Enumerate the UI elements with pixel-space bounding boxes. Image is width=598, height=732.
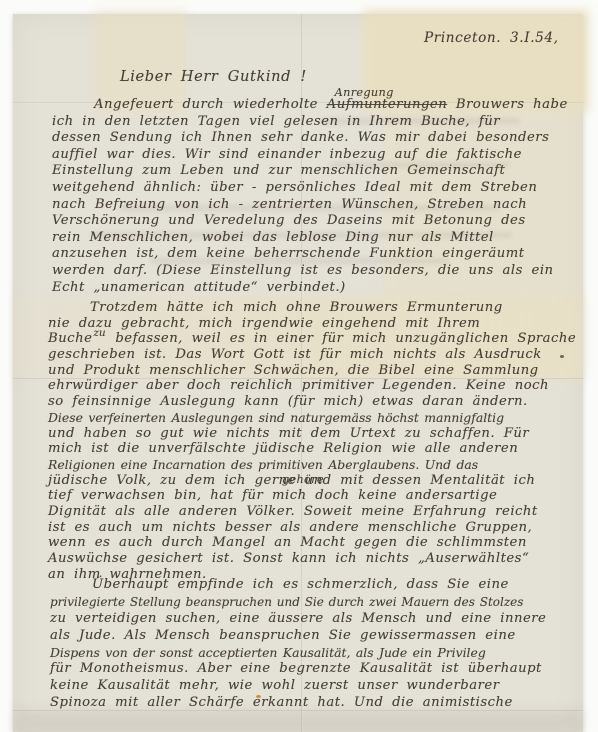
inserted-word: gehöre [282, 472, 324, 488]
date-line: Princeton. 3.I.54, [424, 30, 559, 46]
inserted-word: zu [93, 327, 105, 339]
letter-line: privilegierte Stellung beanspruchen und … [50, 594, 546, 611]
correction: AnregungAufmunterungen [327, 97, 448, 114]
letter-line: Trotzdem hätte ich mich ohne Brouwers Er… [48, 300, 576, 316]
letter-line: nie dazu gebracht, mich irgendwie eingeh… [48, 316, 576, 332]
paragraph: Trotzdem hätte ich mich ohne Brouwers Er… [48, 300, 576, 582]
letter-line: Verschönerung und Veredelung des Daseins… [52, 213, 568, 230]
photo-of-letter: { "colors": { "background": "#fbfbf9", "… [0, 0, 598, 732]
letter-line: anzusehen ist, dem keine beherrschende F… [52, 246, 568, 263]
letter-line: Dignität als alle anderen Völker. Soweit… [48, 504, 576, 520]
paragraph: Überhaupt empfinde ich es schmerzlich, d… [50, 577, 546, 712]
letter-line: wenn es auch durch Mangel an Macht gegen… [48, 535, 576, 551]
aged-patch [13, 710, 583, 732]
letter-line: jüdische Volk, zu dem ich gernegehöre un… [48, 473, 576, 489]
letter-line: Dispens von der sonst acceptierten Kausa… [50, 645, 546, 662]
letter-line: nach Befreiung von ich - zentrierten Wün… [52, 197, 568, 214]
letter-line: zu verteidigen suchen, eine äussere als … [50, 611, 546, 628]
letter-line: Auswüchse gesichert ist. Sonst kann ich … [48, 551, 576, 567]
letter-line: Religionen eine Incarnation des primitiv… [48, 457, 576, 473]
salutation: Lieber Herr Gutkind ! [120, 68, 307, 85]
letter-line: mich ist die unverfälschte jüdische Reli… [48, 441, 576, 457]
letter-line: Angefeuert durch wiederholte AnregungAuf… [52, 97, 568, 114]
letter-line: Echt „unamerican attitude“ verbindet.) [52, 280, 568, 297]
letter-line: Spinoza mit aller Schärfe erkannt hat. U… [50, 695, 546, 712]
letter-line: dessen Sendung ich Ihnen sehr danke. Was… [52, 130, 568, 147]
line-text: befassen, weil es in einer für mich unzu… [107, 331, 577, 346]
letter-line: und Produkt menschlicher Schwächen, die … [48, 363, 576, 379]
letter-line: geschrieben ist. Das Wort Gott ist für m… [48, 347, 576, 363]
letter-line: Überhaupt empfinde ich es schmerzlich, d… [50, 577, 546, 594]
letter-line: und haben so gut wie nichts mit dem Urte… [48, 426, 576, 442]
letter-line: so feinsinnige Auslegung kann (für mich)… [48, 394, 576, 410]
letter-line: ehrwürdiger aber doch reichlich primitiv… [48, 378, 576, 394]
line-text: und mit dessen Mentalität ich [296, 473, 535, 488]
letter-line: keine Kausalität mehr, wie wohl zuerst u… [50, 678, 546, 695]
letter-line: tief verwachsen bin, hat für mich doch k… [48, 488, 576, 504]
letter-line: als Jude. Als Mensch beanspruchen Sie ge… [50, 628, 546, 645]
inserted-word: Anregung [335, 85, 394, 102]
line-text: Buche [48, 331, 92, 346]
paragraph: Angefeuert durch wiederholte AnregungAuf… [52, 97, 568, 296]
line-text: Angefeuert durch wiederholte [94, 97, 327, 112]
letter-line: Diese verfeinerten Auslegungen sind natu… [48, 410, 576, 426]
letter-line: Buchezu befassen, weil es in einer für m… [48, 331, 576, 347]
letter-line: auffiel war dies. Wir sind einander inbe… [52, 147, 568, 164]
letter-line: ist es auch um nichts besser als andere … [48, 520, 576, 536]
line-text: jüdische Volk, zu dem ich gerne [48, 473, 296, 488]
letter-line: für Monotheismus. Aber eine begrenzte Ka… [50, 661, 546, 678]
letter-line: rein Menschlichen, wobei das leblose Din… [52, 230, 568, 247]
letter-line: weitgehend ähnlich: über - persönliches … [52, 180, 568, 197]
letter-line: Einstellung zum Leben und zur menschlich… [52, 163, 568, 180]
letter-line: werden darf. (Diese Einstellung ist es b… [52, 263, 568, 280]
line-text: Brouwers habe [447, 97, 568, 112]
letter-line: ich in den letzten Tagen viel gelesen in… [52, 114, 568, 131]
